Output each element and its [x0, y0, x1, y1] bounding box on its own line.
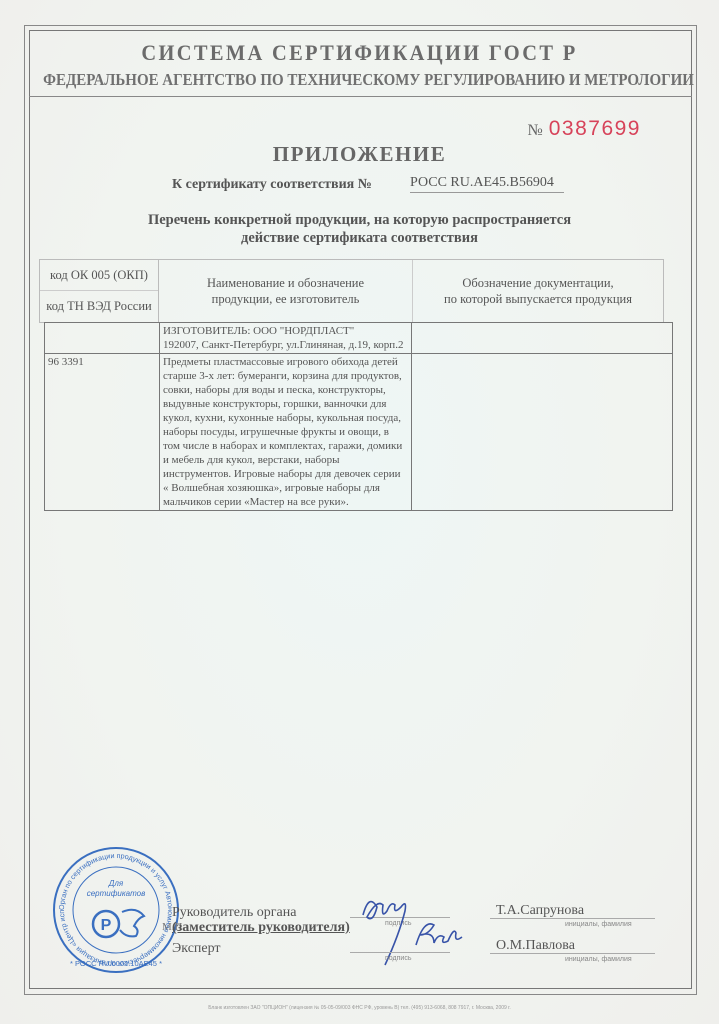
row-product-description: Предметы пластмассовые игрового обихода … — [160, 354, 412, 511]
form-number-value: 0387699 — [549, 117, 641, 140]
svg-text:P: P — [101, 917, 112, 934]
row-doc — [412, 323, 673, 354]
header-doc-line2: по которой выпускается продукция — [414, 291, 662, 307]
header-code-tnved: код ТН ВЭД России — [40, 291, 158, 322]
printer-note: Бланк изготовлен ЗАО "ОПЦИОН" (лицензия … — [0, 1005, 719, 1011]
certificate-label: К сертификату соответствия № — [172, 177, 372, 193]
stamp-center-line2: сертификатов — [87, 889, 146, 898]
expert-signature-caption: подпись — [385, 955, 411, 962]
header-doc-line1: Обозначение документации, — [414, 275, 662, 291]
table-row: 96 3391 Предметы пластмассовые игрового … — [45, 354, 673, 511]
row-manufacturer: ИЗГОТОВИТЕЛЬ: ООО "НОРДПЛАСТ" 192007, Са… — [160, 323, 412, 354]
header-name-line1: Наименование и обозначение — [159, 275, 412, 291]
manufacturer-name: ИЗГОТОВИТЕЛЬ: ООО "НОРДПЛАСТ" — [163, 324, 408, 338]
head-label: Руководитель органа — [172, 905, 296, 921]
agency-title: ФЕДЕРАЛЬНОЕ АГЕНТСТВО ПО ТЕХНИЧЕСКОМУ РЕ… — [43, 70, 676, 90]
row-code — [45, 323, 160, 354]
manufacturer-address: 192007, Санкт-Петербург, ул.Глиняная, д.… — [163, 338, 408, 352]
stamp-center-line1: Для — [108, 879, 124, 888]
header-name-line2: продукции, ее изготовитель — [159, 291, 412, 307]
header-documentation: Обозначение документации, по которой вып… — [414, 260, 662, 322]
document-title: ПРИЛОЖЕНИЕ — [0, 142, 719, 167]
list-title-line2: действие сертификата соответствия — [0, 229, 719, 247]
system-title: СИСТЕМА СЕРТИФИКАЦИИ ГОСТ Р — [25, 40, 694, 66]
form-number: №0387699 — [527, 117, 641, 141]
products-table: ИЗГОТОВИТЕЛЬ: ООО "НОРДПЛАСТ" 192007, Са… — [44, 322, 673, 511]
expert-label: Эксперт — [172, 941, 221, 957]
list-title-line1: Перечень конкретной продукции, на котору… — [0, 211, 719, 229]
expert-name-caption: инициалы, фамилия — [565, 956, 632, 963]
row-code: 96 3391 — [45, 354, 160, 511]
header-code-okp: код ОК 005 (ОКП) — [40, 260, 158, 291]
expert-signature-icon — [410, 915, 470, 955]
header-divider — [29, 96, 692, 97]
head-name: Т.А.Сапрунова — [496, 903, 584, 919]
certificate-number: РОСС RU.АЕ45.В56904 — [410, 175, 564, 193]
header-product-name: Наименование и обозначение продукции, ее… — [159, 260, 413, 322]
list-title: Перечень конкретной продукции, на котору… — [0, 211, 719, 247]
certification-stamp-icon: Орган по сертификации продукции и услуг … — [52, 846, 180, 974]
code-header: код ОК 005 (ОКП) код ТН ВЭД России — [40, 260, 159, 322]
stamp-bottom-text: * РОСС RU.0001.10АЕ45 * — [70, 959, 162, 968]
head-name-caption: инициалы, фамилия — [565, 921, 632, 928]
table-row: ИЗГОТОВИТЕЛЬ: ООО "НОРДПЛАСТ" 192007, Са… — [45, 323, 673, 354]
table-header: код ОК 005 (ОКП) код ТН ВЭД России Наиме… — [39, 259, 664, 323]
row-doc — [412, 354, 673, 511]
number-sign: № — [527, 122, 542, 139]
deputy-label: (заместитель руководителя) — [172, 920, 350, 936]
expert-name: О.М.Павлова — [496, 938, 575, 954]
